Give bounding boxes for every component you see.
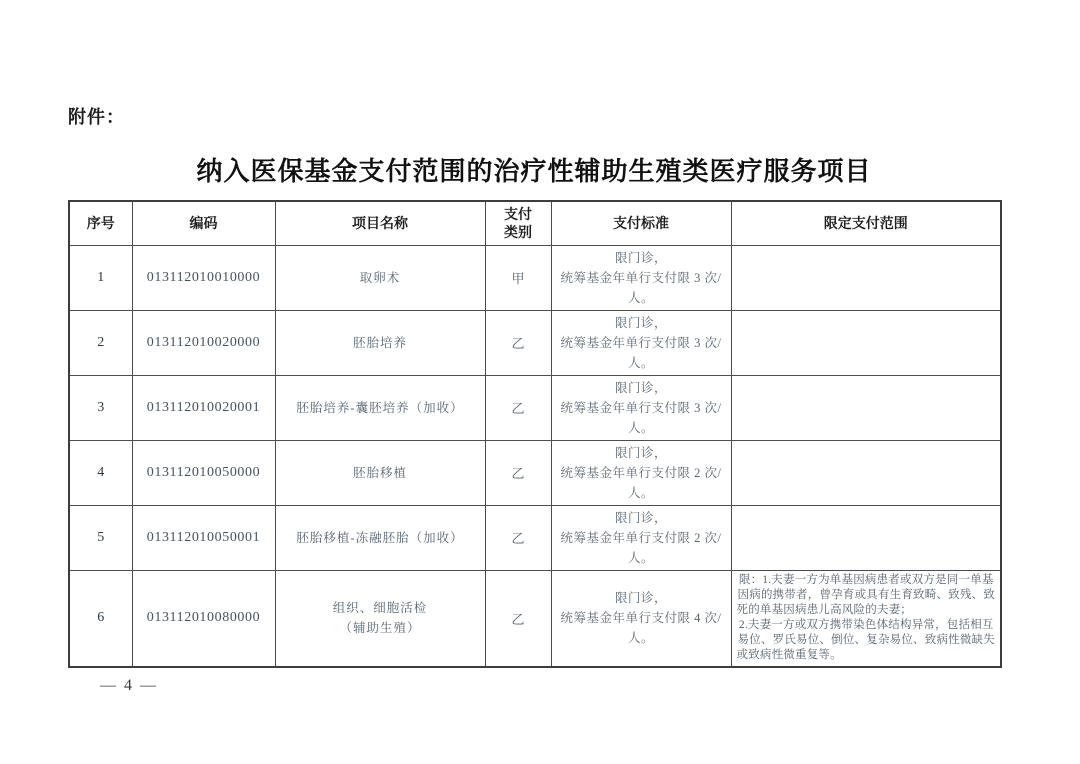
row-name: 胚胎移植-冻融胚胎（加收） xyxy=(275,505,485,570)
table-row: 1 013112010010000 取卵术 甲 限门诊， 统筹基金年单行支付限 … xyxy=(69,245,1001,310)
row-scope xyxy=(731,505,1001,570)
row-no: 4 xyxy=(69,440,132,505)
page-title: 纳入医保基金支付范围的治疗性辅助生殖类医疗服务项目 xyxy=(68,151,1000,188)
row-name: 胚胎培养-囊胚培养（加收） xyxy=(275,375,485,440)
row-standard: 限门诊， 统筹基金年单行支付限 2 次/人。 xyxy=(551,440,731,505)
services-table: 序号 编码 项目名称 支付 类别 支付标准 限定支付范围 1 013112010… xyxy=(68,200,1002,668)
row-standard: 限门诊， 统筹基金年单行支付限 4 次/人。 xyxy=(551,570,731,667)
row-standard: 限门诊， 统筹基金年单行支付限 3 次/人。 xyxy=(551,245,731,310)
row-no: 3 xyxy=(69,375,132,440)
row-code: 013112010050000 xyxy=(132,440,275,505)
row-category: 乙 xyxy=(485,440,551,505)
table-row: 4 013112010050000 胚胎移植 乙 限门诊， 统筹基金年单行支付限… xyxy=(69,440,1001,505)
table-row: 6 013112010080000 组织、细胞活检 （辅助生殖） 乙 限门诊， … xyxy=(69,570,1001,667)
attachment-label: 附件： xyxy=(68,103,1000,129)
row-no: 2 xyxy=(69,310,132,375)
row-scope xyxy=(731,375,1001,440)
row-name: 胚胎培养 xyxy=(275,310,485,375)
col-header-code: 编码 xyxy=(132,201,275,245)
row-code: 013112010020000 xyxy=(132,310,275,375)
row-no: 5 xyxy=(69,505,132,570)
table-row: 2 013112010020000 胚胎培养 乙 限门诊， 统筹基金年单行支付限… xyxy=(69,310,1001,375)
document-page: 附件： 纳入医保基金支付范围的治疗性辅助生殖类医疗服务项目 序号 编码 项目名称… xyxy=(68,0,1000,695)
row-code: 013112010080000 xyxy=(132,570,275,667)
row-category: 乙 xyxy=(485,570,551,667)
row-scope xyxy=(731,245,1001,310)
row-category: 乙 xyxy=(485,505,551,570)
col-header-no: 序号 xyxy=(69,201,132,245)
row-scope: 限：1.夫妻一方为单基因病患者或双方是同一单基因病的携带者，曾孕育或具有生育致畸… xyxy=(731,570,1001,667)
row-code: 013112010050001 xyxy=(132,505,275,570)
page-number: — 4 — xyxy=(100,677,1000,695)
table-header: 序号 编码 项目名称 支付 类别 支付标准 限定支付范围 xyxy=(69,201,1001,245)
col-header-name: 项目名称 xyxy=(275,201,485,245)
row-standard: 限门诊， 统筹基金年单行支付限 2 次/人。 xyxy=(551,505,731,570)
row-code: 013112010010000 xyxy=(132,245,275,310)
row-name: 胚胎移植 xyxy=(275,440,485,505)
table-row: 5 013112010050001 胚胎移植-冻融胚胎（加收） 乙 限门诊， 统… xyxy=(69,505,1001,570)
row-name: 组织、细胞活检 （辅助生殖） xyxy=(275,570,485,667)
col-header-standard: 支付标准 xyxy=(551,201,731,245)
row-category: 甲 xyxy=(485,245,551,310)
row-scope xyxy=(731,440,1001,505)
row-standard: 限门诊， 统筹基金年单行支付限 3 次/人。 xyxy=(551,375,731,440)
table-row: 3 013112010020001 胚胎培养-囊胚培养（加收） 乙 限门诊， 统… xyxy=(69,375,1001,440)
row-category: 乙 xyxy=(485,375,551,440)
row-scope xyxy=(731,310,1001,375)
col-header-category: 支付 类别 xyxy=(485,201,551,245)
col-header-scope: 限定支付范围 xyxy=(731,201,1001,245)
row-code: 013112010020001 xyxy=(132,375,275,440)
row-standard: 限门诊， 统筹基金年单行支付限 3 次/人。 xyxy=(551,310,731,375)
row-no: 1 xyxy=(69,245,132,310)
row-no: 6 xyxy=(69,570,132,667)
row-name: 取卵术 xyxy=(275,245,485,310)
row-category: 乙 xyxy=(485,310,551,375)
